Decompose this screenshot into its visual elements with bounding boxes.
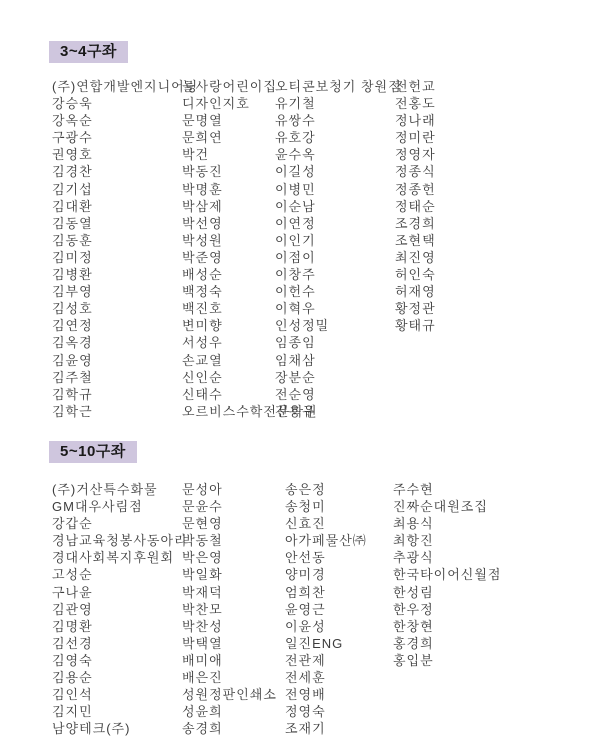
- donor-name: 임채삼: [275, 352, 395, 369]
- donor-name: 진짜순대원조집: [393, 498, 563, 515]
- donor-name: 정종식: [395, 163, 565, 180]
- donor-name: 안선동: [285, 549, 393, 566]
- donor-name: 박명훈: [182, 181, 275, 198]
- donor-name: 김관영: [52, 601, 182, 618]
- donor-name: 윤수옥: [275, 146, 395, 163]
- donor-name: 김미정: [52, 249, 182, 266]
- donor-name: 정종헌: [395, 181, 565, 198]
- donor-name: (주)연합개발엔지니어링: [52, 78, 182, 95]
- donor-name: 김영숙: [52, 652, 182, 669]
- donor-name: 김옥경: [52, 334, 182, 351]
- donor-name: 백정숙: [182, 283, 275, 300]
- donor-name: 전홍도: [395, 95, 565, 112]
- donor-name: 강옥순: [52, 112, 182, 129]
- donor-name: 김인석: [52, 686, 182, 703]
- donor-name: 정영자: [395, 146, 565, 163]
- donor-column-2: 늘사랑어린이집디자인지호문명열문희연박건박동진박명훈박삼제박선영박성원박준영배성…: [182, 78, 275, 420]
- donor-name: 전순영: [275, 386, 395, 403]
- donor-name: 김윤영: [52, 352, 182, 369]
- donor-name: (주)거산특수화물: [52, 481, 182, 498]
- donor-name: 황정관: [395, 300, 565, 317]
- donor-name: 정영숙: [285, 703, 393, 720]
- donor-name: 구광수: [52, 129, 182, 146]
- donor-name: 최진영: [395, 249, 565, 266]
- donor-name: 장분순: [275, 369, 395, 386]
- donor-name: 최용식: [393, 515, 563, 532]
- donor-name: 신인순: [182, 369, 275, 386]
- donor-name: 김주철: [52, 369, 182, 386]
- donor-name: 조현택: [395, 232, 565, 249]
- donor-name: 박동진: [182, 163, 275, 180]
- donor-name: 허재영: [395, 283, 565, 300]
- donor-name: 문명열: [182, 112, 275, 129]
- donor-name: 허인숙: [395, 266, 565, 283]
- section-header-5-10-accounts: 5~10구좌: [49, 441, 137, 463]
- donor-name: 구나윤: [52, 584, 182, 601]
- donor-name: 김지민: [52, 703, 182, 720]
- donor-column-1: (주)거산특수화물GM대우사림점강갑순경남교육청봉사동아리경대사회복지후원회고성…: [52, 481, 182, 737]
- donor-name: 오티콘보청기 창원점: [275, 78, 395, 95]
- donor-name: 한국타이어신월점: [393, 566, 563, 583]
- donor-column-3: 송은정송청미신효진아가페물산㈜안선동양미경엄희찬윤영근이윤성일진ENG전관제전세…: [285, 481, 393, 737]
- donor-name: 김경찬: [52, 163, 182, 180]
- donor-name: 김선경: [52, 635, 182, 652]
- donor-name: 이인기: [275, 232, 395, 249]
- donor-name: 성원정판인쇄소: [182, 686, 285, 703]
- donor-name: 손교열: [182, 352, 275, 369]
- donor-name: 엄희찬: [285, 584, 393, 601]
- donor-name: 정나래: [395, 112, 565, 129]
- donor-name: 이윤성: [285, 618, 393, 635]
- donor-name: 이창주: [275, 266, 395, 283]
- donor-name: 고성순: [52, 566, 182, 583]
- donor-name: 이점이: [275, 249, 395, 266]
- donor-list-5-10-accounts: (주)거산특수화물GM대우사림점강갑순경남교육청봉사동아리경대사회복지후원회고성…: [52, 481, 563, 737]
- document-page: 3~4구좌 (주)연합개발엔지니어링강승욱강옥순구광수권영호김경찬김기섭김대환김…: [0, 0, 600, 740]
- donor-name: 박선영: [182, 215, 275, 232]
- donor-name: 송은정: [285, 481, 393, 498]
- donor-list-3-4-accounts: (주)연합개발엔지니어링강승욱강옥순구광수권영호김경찬김기섭김대환김동열김동훈김…: [52, 78, 565, 420]
- donor-name: 문성아: [182, 481, 285, 498]
- donor-name: 김명환: [52, 618, 182, 635]
- donor-name: 아가페물산㈜: [285, 532, 393, 549]
- donor-name: 정미란: [395, 129, 565, 146]
- donor-name: 조경희: [395, 215, 565, 232]
- donor-name: 백진호: [182, 300, 275, 317]
- donor-column-4: 주수현진짜순대원조집최용식최항진추광식한국타이어신월점한성림한우정한창현홍경희홍…: [393, 481, 563, 669]
- donor-name: 박찬성: [182, 618, 285, 635]
- donor-name: 이길성: [275, 163, 395, 180]
- donor-name: 박은영: [182, 549, 285, 566]
- donor-name: 김대환: [52, 198, 182, 215]
- donor-name: 최항진: [393, 532, 563, 549]
- donor-name: 양미경: [285, 566, 393, 583]
- donor-name: 김부영: [52, 283, 182, 300]
- donor-name: 디자인지호: [182, 95, 275, 112]
- donor-name: 남양테크(주): [52, 720, 182, 737]
- donor-name: 김병환: [52, 266, 182, 283]
- donor-name: 박건: [182, 146, 275, 163]
- donor-name: 유호강: [275, 129, 395, 146]
- donor-name: 이혁우: [275, 300, 395, 317]
- donor-name: 한창현: [393, 618, 563, 635]
- donor-name: 전용규: [275, 403, 395, 420]
- donor-name: 전관제: [285, 652, 393, 669]
- donor-column-4: 전헌교전홍도정나래정미란정영자정종식정종헌정태순조경희조현택최진영허인숙허재영황…: [395, 78, 565, 334]
- donor-name: 한우정: [393, 601, 563, 618]
- donor-name: 김기섭: [52, 181, 182, 198]
- donor-name: 인성정밀: [275, 317, 395, 334]
- donor-name: 유기철: [275, 95, 395, 112]
- donor-name: 박재덕: [182, 584, 285, 601]
- donor-column-3: 오티콘보청기 창원점유기철유쌍수유호강윤수옥이길성이병민이순남이연정이인기이점이…: [275, 78, 395, 420]
- section-header-3-4-accounts: 3~4구좌: [49, 41, 128, 63]
- donor-name: 서성우: [182, 334, 275, 351]
- donor-name: 오르비스수학전문학원: [182, 403, 275, 420]
- donor-name: 조재기: [285, 720, 393, 737]
- donor-name: 박삼제: [182, 198, 275, 215]
- donor-name: 김동훈: [52, 232, 182, 249]
- donor-name: 홍경희: [393, 635, 563, 652]
- donor-name: 경대사회복지후원회: [52, 549, 182, 566]
- donor-name: 이순남: [275, 198, 395, 215]
- donor-name: 김동열: [52, 215, 182, 232]
- donor-name: 정태순: [395, 198, 565, 215]
- donor-name: 박찬모: [182, 601, 285, 618]
- donor-name: 황태규: [395, 317, 565, 334]
- donor-name: 경남교육청봉사동아리: [52, 532, 182, 549]
- donor-name: 윤영근: [285, 601, 393, 618]
- donor-name: 이헌수: [275, 283, 395, 300]
- donor-name: 김연정: [52, 317, 182, 334]
- donor-name: 늘사랑어린이집: [182, 78, 275, 95]
- donor-name: 추광식: [393, 549, 563, 566]
- donor-name: 주수현: [393, 481, 563, 498]
- donor-name: 한성림: [393, 584, 563, 601]
- donor-name: 박일화: [182, 566, 285, 583]
- donor-name: 신태수: [182, 386, 275, 403]
- donor-name: 박동철: [182, 532, 285, 549]
- donor-column-2: 문성아문윤수문현영박동철박은영박일화박재덕박찬모박찬성박택열배미애배은진성원정판…: [182, 481, 285, 737]
- donor-name: 이병민: [275, 181, 395, 198]
- donor-name: 홍입분: [393, 652, 563, 669]
- donor-name: 김성호: [52, 300, 182, 317]
- donor-name: 김학근: [52, 403, 182, 420]
- donor-name: 배미애: [182, 652, 285, 669]
- donor-name: 일진ENG: [285, 635, 393, 652]
- donor-name: GM대우사림점: [52, 498, 182, 515]
- donor-name: 송경희: [182, 720, 285, 737]
- donor-name: 신효진: [285, 515, 393, 532]
- donor-name: 박택열: [182, 635, 285, 652]
- donor-name: 성윤희: [182, 703, 285, 720]
- donor-name: 강승욱: [52, 95, 182, 112]
- donor-name: 변미향: [182, 317, 275, 334]
- donor-name: 문희연: [182, 129, 275, 146]
- donor-name: 송청미: [285, 498, 393, 515]
- donor-name: 배은진: [182, 669, 285, 686]
- donor-name: 전세훈: [285, 669, 393, 686]
- donor-name: 배성순: [182, 266, 275, 283]
- donor-name: 강갑순: [52, 515, 182, 532]
- donor-name: 권영호: [52, 146, 182, 163]
- donor-column-1: (주)연합개발엔지니어링강승욱강옥순구광수권영호김경찬김기섭김대환김동열김동훈김…: [52, 78, 182, 420]
- donor-name: 문현영: [182, 515, 285, 532]
- donor-name: 전영배: [285, 686, 393, 703]
- donor-name: 박준영: [182, 249, 275, 266]
- donor-name: 박성원: [182, 232, 275, 249]
- donor-name: 김용순: [52, 669, 182, 686]
- donor-name: 문윤수: [182, 498, 285, 515]
- donor-name: 전헌교: [395, 78, 565, 95]
- donor-name: 이연정: [275, 215, 395, 232]
- donor-name: 임종임: [275, 334, 395, 351]
- donor-name: 유쌍수: [275, 112, 395, 129]
- donor-name: 김학규: [52, 386, 182, 403]
